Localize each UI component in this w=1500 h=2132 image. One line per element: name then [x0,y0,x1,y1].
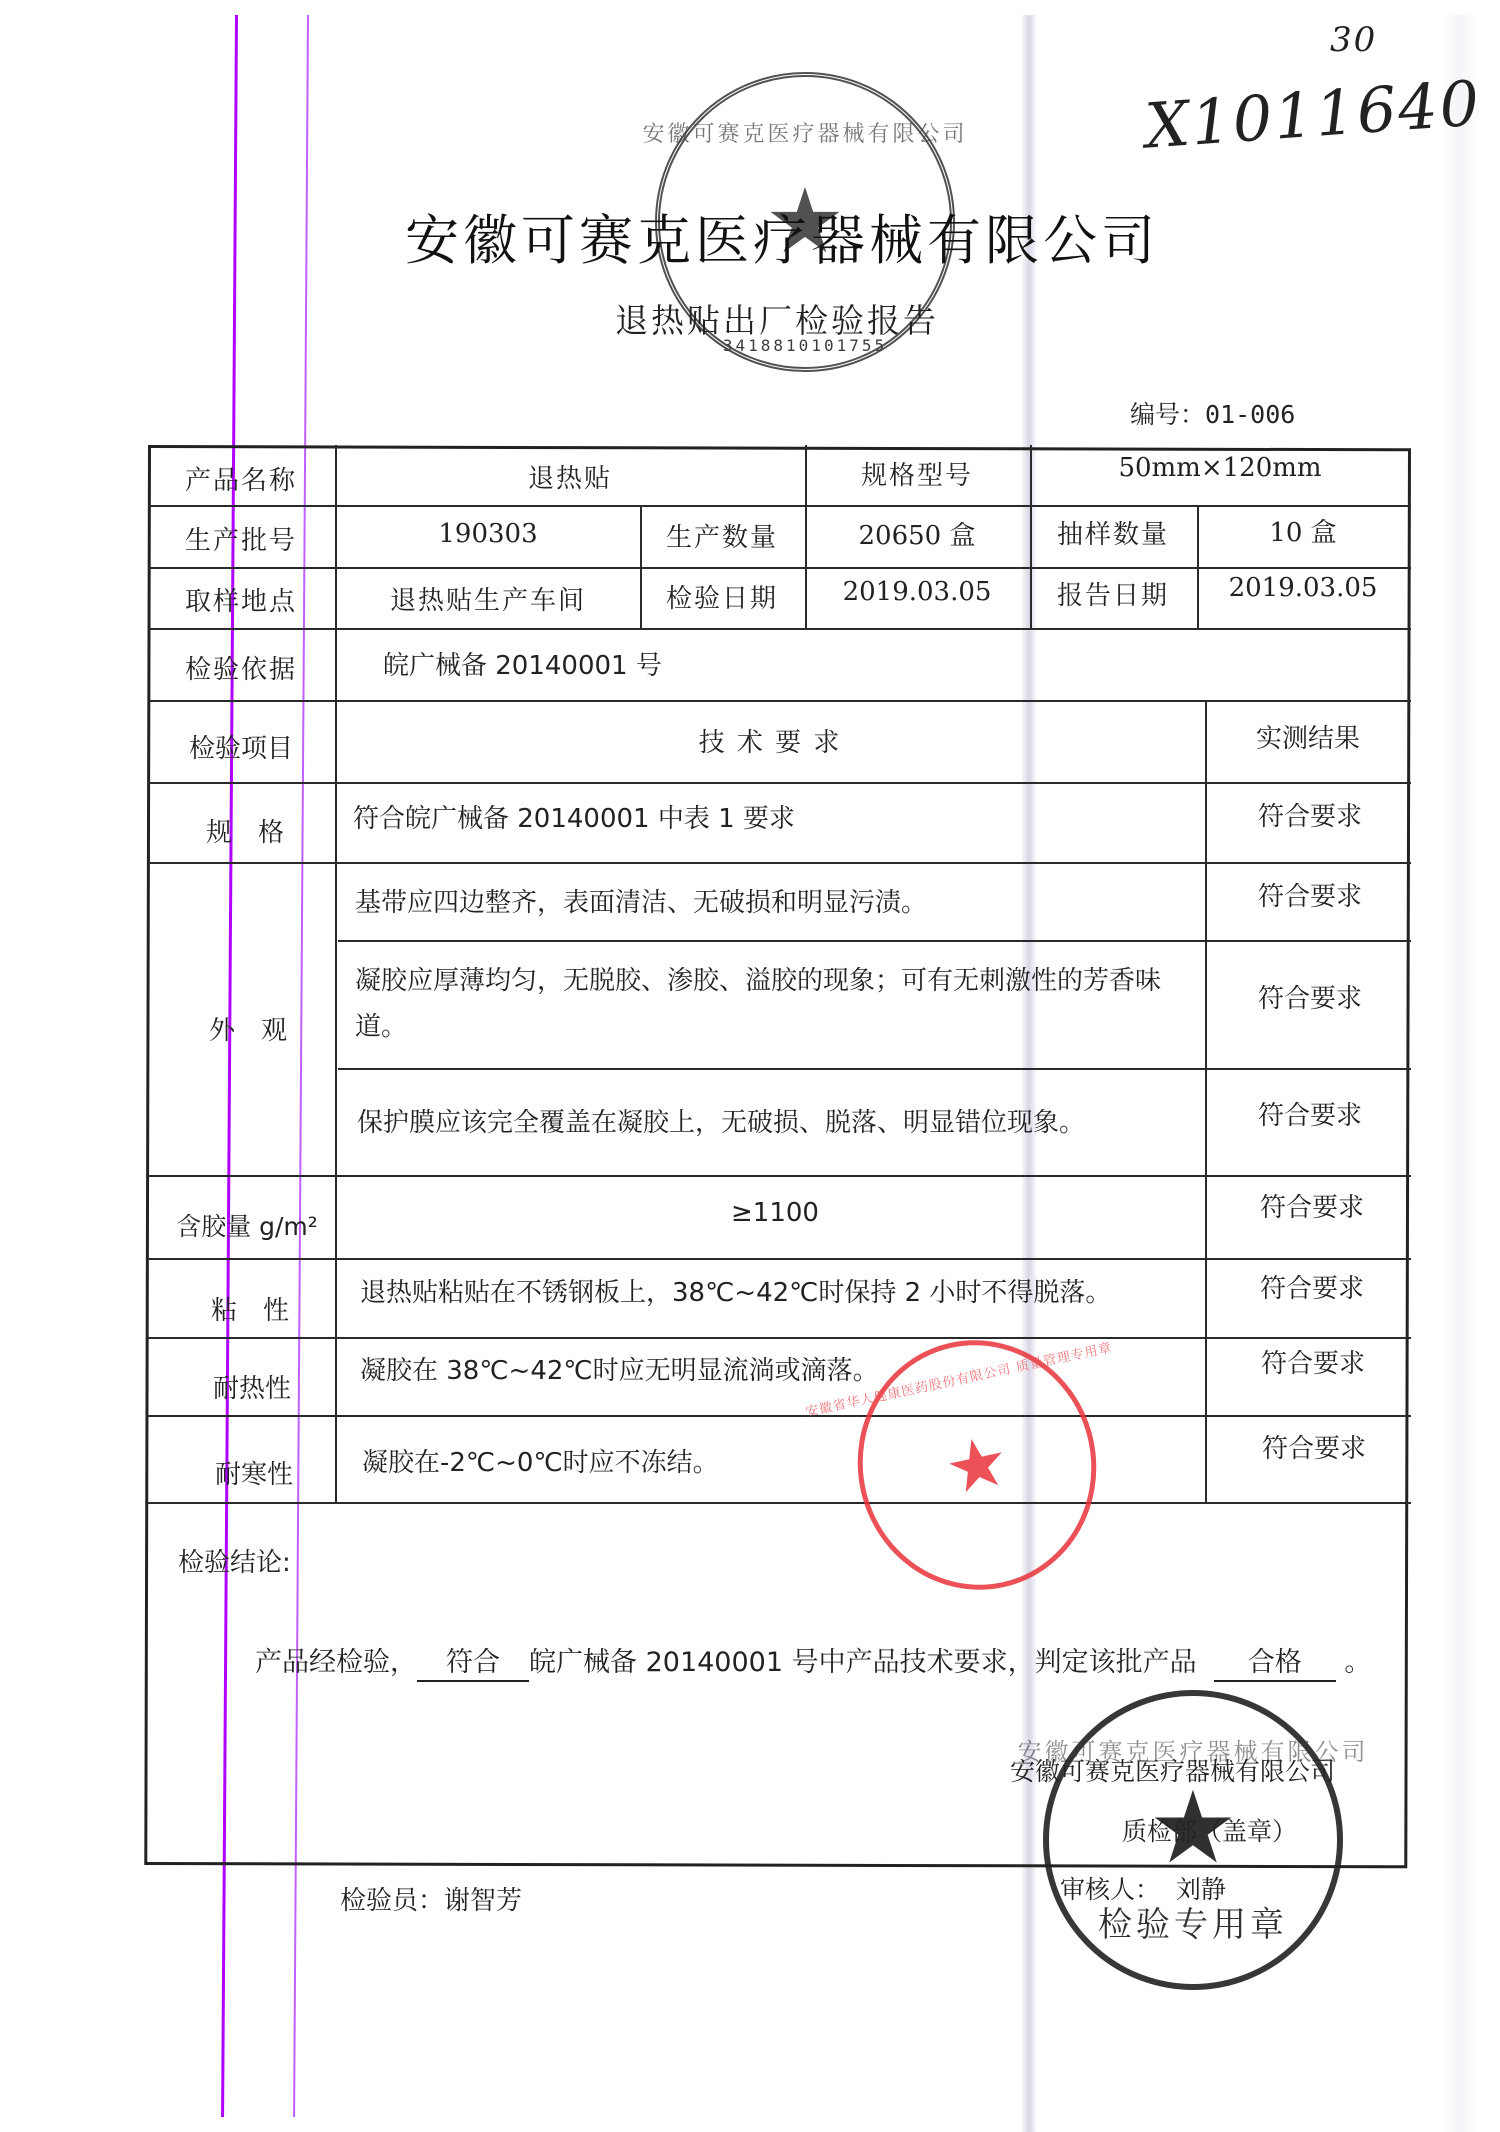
conclusion-sentence: 产品经检验，符合皖广械备 20140001 号中产品技术要求，判定该批产品 合格… [255,1640,1371,1682]
handwritten-code: X1011640 [1143,66,1484,162]
seal-ring-text: 安徽可赛克医疗器械有限公司 [642,117,967,148]
spec-model-label: 规格型号 [861,455,973,492]
batch-label: 生产批号 [185,520,297,557]
document-number-label: 编号： [1130,400,1205,429]
item-cold-resistance: 耐寒性 [215,1454,293,1491]
header-technical-requirement: 技 术 要 求 [699,722,842,759]
result-appearance-film: 符合要求 [1258,1095,1362,1132]
item-heat-resistance: 耐热性 [213,1368,291,1405]
table-rule [148,505,1411,507]
requirement-appearance-film: 保护膜应该完全覆盖在凝胶上，无破损、脱落、明显错位现象。 [357,1100,1085,1146]
conclusion-label: 检验结论: [178,1542,291,1579]
sample-qty-label: 抽样数量 [1057,514,1169,551]
company-title: 安徽可赛克医疗器械有限公司 [405,198,1159,275]
table-rule [148,1175,1411,1177]
basis-label: 检验依据 [185,649,297,686]
handwritten-superscript: 30 [1330,20,1377,60]
conformity-value: 符合 [417,1646,529,1682]
spec-model-value: 50mm×120mm [1118,453,1321,483]
sampling-location-value: 退热贴生产车间 [390,580,586,617]
basis-value: 皖广械备 20140001 号 [383,645,662,682]
seal-star-icon: ★ [939,1424,1015,1506]
result-appearance-gel: 符合要求 [1258,978,1362,1015]
conclusion-end: 。 [1344,1647,1371,1678]
table-rule [338,940,1411,942]
table-col-rule [335,445,337,1502]
result-heat-resistance: 符合要求 [1261,1343,1365,1380]
sample-qty-value: 10 盒 [1269,512,1336,549]
table-col-rule [1205,700,1207,1502]
production-qty-label: 生产数量 [666,517,778,554]
inspection-date-label: 检验日期 [666,578,778,615]
report-date-value: 2019.03.05 [1229,573,1378,603]
table-col-rule [805,445,807,628]
approver: 审核人： 刘静 [1060,1870,1226,1906]
requirement-cold-resistance: 凝胶在-2℃~0℃时应不冻结。 [362,1440,719,1486]
company-signature: 安徽可赛克医疗器械有限公司 [1010,1752,1335,1788]
table-rule [148,782,1411,784]
approver-label: 审核人： [1060,1875,1160,1904]
result-gel-content: 符合要求 [1260,1187,1364,1224]
table-rule [148,628,1411,630]
table-rule [148,1415,1411,1417]
product-name-value: 退热贴 [528,458,612,495]
department-signature: 质检部（盖章） [1122,1812,1297,1848]
table-rule [148,1337,1411,1339]
production-qty-value: 20650 盒 [859,515,976,552]
requirement-appearance-backing: 基带应四边整齐，表面清洁、无破损和明显污渍。 [355,880,927,926]
table-rule [148,1502,1411,1504]
result-adhesion: 符合要求 [1260,1268,1364,1305]
conclusion-prefix: 产品经检验， [255,1647,417,1678]
inspector-label: 检验员： [340,1886,444,1916]
conclusion-middle: 皖广械备 20140001 号中产品技术要求，判定该批产品 [529,1647,1197,1678]
result-specification: 符合要求 [1258,796,1362,833]
batch-value: 190303 [438,519,537,549]
table-rule [148,700,1411,702]
inspector-name: 谢智芳 [444,1886,522,1916]
item-specification: 规 格 [206,812,284,849]
table-col-rule [1197,505,1199,628]
report-title: 退热贴出厂检验报告 [615,295,939,342]
inspection-date-value: 2019.03.05 [843,577,992,607]
document-number-value: 01-006 [1205,400,1295,429]
item-gel-content: 含胶量 g/m² [176,1207,318,1243]
requirement-gel-content: ≥1100 [731,1198,819,1228]
table-rule [148,1258,1411,1260]
header-inspection-item: 检验项目 [189,728,293,765]
document-number: 编号：01-006 [1130,395,1295,431]
verdict-value: 合格 [1214,1646,1336,1682]
item-adhesion: 粘 性 [211,1290,289,1327]
requirement-specification: 符合皖广械备 20140001 中表 1 要求 [353,796,795,842]
report-date-label: 报告日期 [1057,575,1169,612]
scan-artifact-band-right [1440,15,1480,2132]
product-name-label: 产品名称 [185,460,297,497]
inspector: 检验员：谢智芳 [340,1880,522,1917]
header-measured-result: 实测结果 [1256,718,1360,755]
requirement-appearance-gel: 凝胶应厚薄均匀，无脱胶、渗胶、溢胶的现象；可有无刺激性的芳香味道。 [355,958,1195,1050]
table-rule [148,862,1411,864]
sampling-location-label: 取样地点 [185,581,297,618]
requirement-adhesion: 退热贴粘贴在不锈钢板上，38℃~42℃时保持 2 小时不得脱落。 [360,1270,1111,1316]
table-rule [338,1068,1411,1070]
table-rule [148,567,1411,569]
result-cold-resistance: 符合要求 [1262,1428,1366,1465]
table-col-rule [640,505,642,628]
requirement-heat-resistance: 凝胶在 38℃~42℃时应无明显流淌或滴落。 [360,1348,879,1394]
result-appearance-backing: 符合要求 [1258,876,1362,913]
approver-name: 刘静 [1176,1875,1226,1904]
table-col-rule [1030,505,1032,628]
item-appearance: 外 观 [209,1010,287,1047]
